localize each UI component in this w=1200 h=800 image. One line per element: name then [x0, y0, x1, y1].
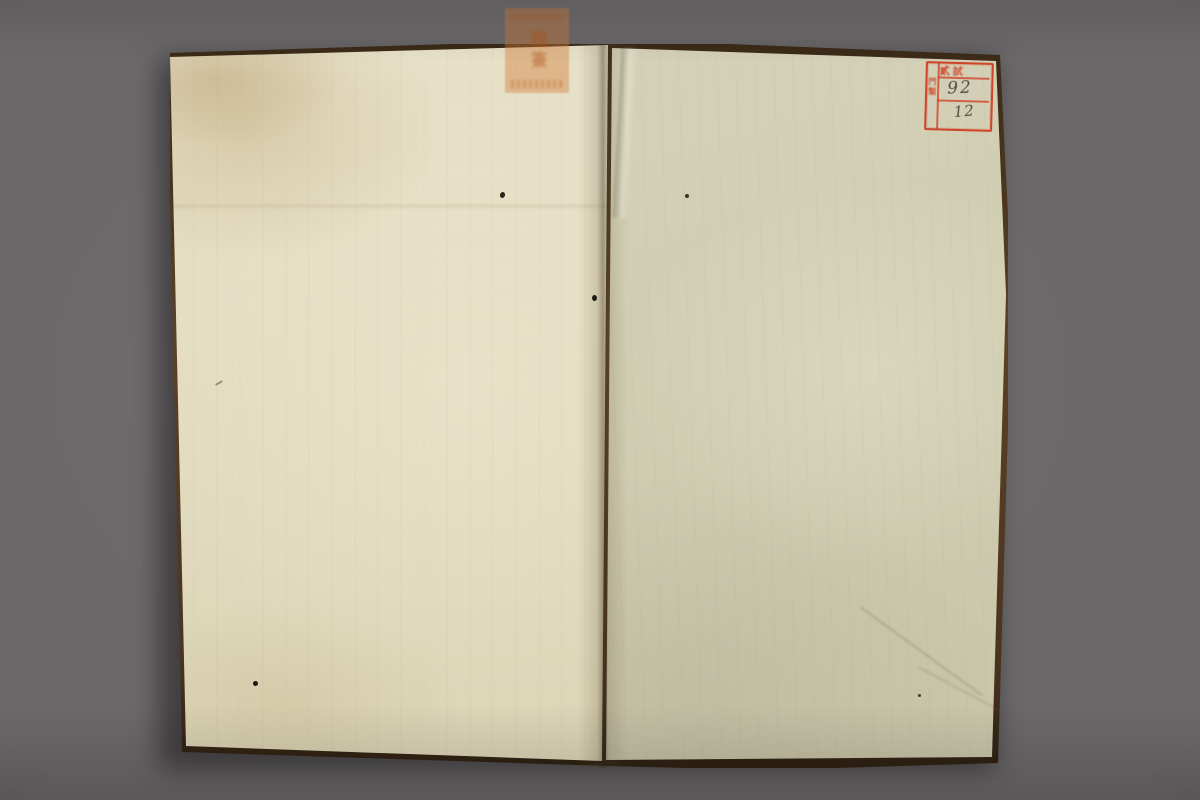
- library-accession-stamp: 貳試 門 類 92 12: [924, 61, 994, 132]
- photo-scene: 貳試 門 類 92 12 題簽: [0, 0, 1200, 800]
- stamp-side-glyphs: 門 類: [928, 77, 938, 97]
- ink-speck: [685, 194, 689, 198]
- stamp-side-glyph-top: 門: [928, 77, 937, 87]
- gutter-shadow: [578, 44, 628, 768]
- spine-label-glyphs: 題簽: [525, 30, 550, 72]
- ink-speck: [253, 681, 258, 686]
- stamp-side-glyph-bottom: 類: [928, 87, 937, 97]
- handwritten-number-top: 92: [947, 77, 973, 98]
- handwritten-number-bottom: 12: [953, 101, 975, 121]
- spine-label: 題簽: [505, 8, 569, 93]
- ink-speck: [918, 694, 921, 697]
- ink-speck: [592, 295, 597, 301]
- book: 貳試 門 類 92 12: [170, 44, 1008, 768]
